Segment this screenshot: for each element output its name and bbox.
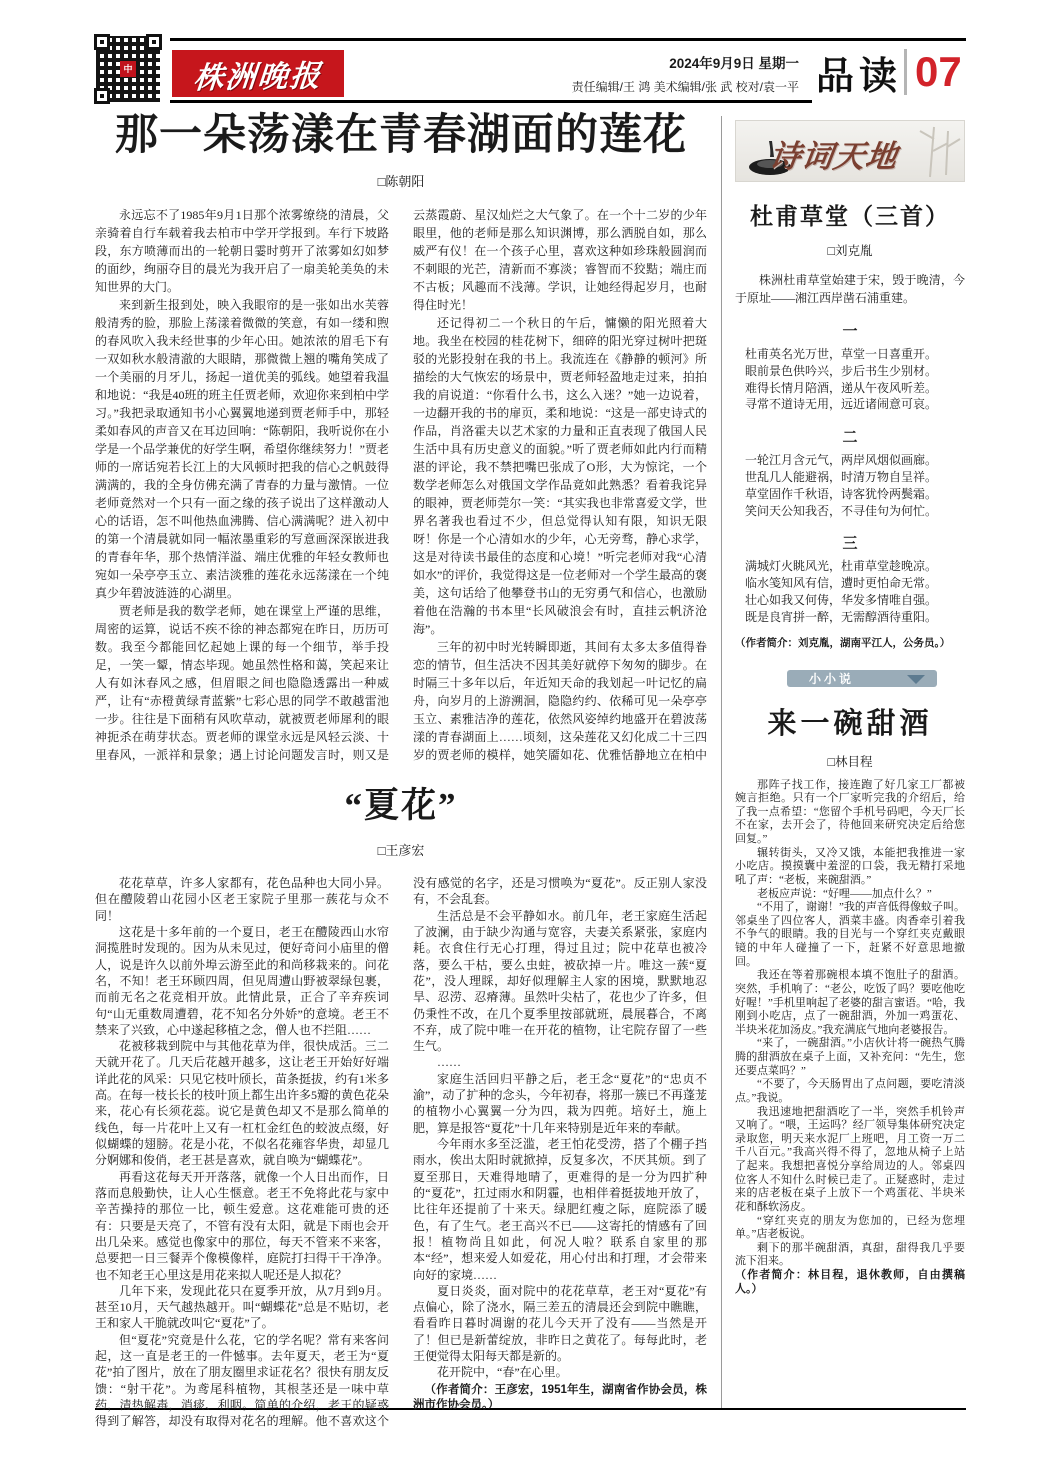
paragraph: 世乱几人能避祸，时清万物自呈祥。 — [735, 469, 965, 486]
paragraph: 壮心如我又何俦，华发多情唯自强。 — [735, 592, 965, 609]
sidebar: 诗词天地 杜甫草堂（三首） □刘克胤 株洲杜甫草堂始建于宋，毁于晚清，今于原址—… — [735, 120, 965, 1408]
poem-lines: 满城灯火眺风光，杜甫草堂趁晚凉。临水笺知风有信，遭时更怕命无常。壮心如我又何俦，… — [735, 558, 965, 625]
story-body: 那阵子找工作，接连跑了好几家工厂都被婉言拒绝。只有一个厂家听完我的介绍后，给了我… — [735, 779, 965, 1297]
paragraph: 满城灯火眺风光，杜甫草堂趁晚凉。 — [735, 558, 965, 575]
article-author: □陈朝阳 — [95, 171, 707, 190]
paragraph: 草堂固作千秋语，诗客犹怜两鬓霜。 — [735, 486, 965, 503]
paragraph: 生活总是不会平静如水。前几年，老王家庭生活起了波澜，由于缺少沟通与宽容，夫妻关系… — [413, 908, 707, 1055]
paragraph: “不要了，今天肠胃出了点问题，要吃清淡点。”我说。 — [735, 1078, 965, 1105]
poem-group-title: 杜甫草堂（三首） — [735, 198, 965, 231]
poem-1: 一 杜甫英名光万世，草堂一日喜重开。眼前景色供吟兴，步后书生少别材。难得长情月陪… — [735, 320, 965, 413]
masthead-logo: 株洲晚报 — [172, 50, 344, 97]
qr-finder-icon — [94, 88, 110, 104]
editors-line: 责任编辑/王 鸿 美术编辑/张 武 校对/袁一平 — [469, 78, 799, 95]
paragraph: “穿红夹克的朋友为您加的，已经为您埋单。”店老板说。 — [735, 1215, 965, 1242]
article-summer-flower: “夏花” □王彦宏 花花草草，许多人家都有，花色品种也大同小异。但在醴陵碧山花园… — [95, 778, 707, 1431]
masthead-title: 株洲晚报 — [192, 50, 324, 96]
poet-name: □刘克胤 — [735, 241, 965, 259]
paragraph: 还记得初二一个秋日的午后，慵懒的阳光照着大地。我坐在校园的桂花树下，细碎的阳光穿… — [413, 314, 707, 638]
paragraph: 那阵子找工作，接连跑了好几家工厂都被婉言拒绝。只有一个厂家听完我的介绍后，给了我… — [735, 779, 965, 847]
paragraph: 难得长情月陪酒，递从午夜风听差。 — [735, 380, 965, 397]
header-rule-top — [170, 38, 966, 41]
poem-lines: 杜甫英名光万世，草堂一日喜重开。眼前景色供吟兴，步后书生少别材。难得长情月陪酒，… — [735, 346, 965, 413]
paragraph: 寻常不道诗无用，远近诸闹意可哀。 — [735, 396, 965, 413]
paragraph: 夏日炎炎，面对院中的花花草草，老王对“夏花”有点偏心，除了浇水，隔三差五的清晨还… — [413, 1283, 707, 1365]
page-number: 07 — [915, 48, 962, 96]
article-title: “夏花” — [95, 778, 707, 828]
paragraph: 今年雨水多至泛滥，老王怕花受涝，搭了个棚子挡雨水，俟出太阳时就掀掉，反复多次，不… — [413, 1136, 707, 1283]
article-body: 花花草草，许多人家都有，花色品种也大同小异。但在醴陵碧山花园小区老王家院子里那一… — [95, 875, 707, 1431]
author-bio: （作者简介：王彦宏，1951年生，湖南省作协会员，株洲市作协会员。） — [413, 1383, 707, 1414]
paragraph: 花花草草，许多人家都有，花色品种也大同小异。但在醴陵碧山花园小区老王家院子里那一… — [95, 875, 389, 924]
qr-finder-icon — [94, 34, 110, 50]
paragraph: 来到新生报到处，映入我眼帘的是一张如出水芙蓉般清秀的脸，那脸上荡漾着微微的笑意，… — [95, 296, 389, 602]
poet-bio: （作者简介：刘克胤，湖南平江人，公务员。） — [735, 635, 965, 650]
paragraph: 临水笺知风有信，遭时更怕命无常。 — [735, 575, 965, 592]
article-title: 那一朵荡漾在青春湖面的莲花 — [95, 112, 707, 159]
column-divider — [721, 116, 722, 1408]
qr-code: 中 — [96, 36, 160, 102]
header-rule-bottom — [170, 100, 812, 103]
poem-number: 三 — [735, 532, 965, 553]
story-tag-label: 小小说 — [787, 672, 854, 686]
paragraph: 剩下的那半碗甜酒，真甜，甜得我几乎要流下泪来。 — [735, 1242, 965, 1269]
paragraph: 既是良宵拼一醉，无需醇酒待重阳。 — [735, 609, 965, 626]
story-author: □林目程 — [735, 752, 965, 770]
newspaper-page: 中 株洲晚报 2024年9月9日 星期一 责任编辑/王 鸿 美术编辑/张 武 校… — [0, 0, 1039, 1459]
paragraph: 永远忘不了1985年9月1日那个浓雾缭绕的清晨，父亲骑着自行车载着我去柏市中学开… — [95, 206, 389, 296]
paragraph: “不用了，谢谢！”我的声音低得像蚊子叫。邻桌坐了四位客人，酒菜丰盛。肉香牵引着我… — [735, 901, 965, 969]
article-author: □王彦宏 — [95, 840, 707, 859]
paragraph: 我迅速地把甜酒吃了一半，突然手机铃声又响了。“喂，王运吗？经厂领导集体研究决定录… — [735, 1106, 965, 1215]
paragraph: 再看这花每天开开落落，就像一个人日出而作，日落而息般勤快，让人心生惬意。老王不免… — [95, 1169, 389, 1283]
poem-intro: 株洲杜甫草堂始建于宋，毁于晚清，今于原址——湘江西岸凿石浦重建。 — [735, 271, 965, 307]
paragraph: 我还在等着那碗根本填不饱肚子的甜酒。突然，手机响了：“老公，吃饭了吗？要吃他吃好… — [735, 969, 965, 1037]
section-divider — [904, 49, 907, 95]
paragraph: 花被移栽到院中与其他花草为伴，很快成活。三二天就开花了。几天后花越开越多，这让老… — [95, 1038, 389, 1169]
paragraph: “来了，一碗甜酒。”小店伙计将一碗热气腾腾的甜酒放在桌子上面，又补充问：“先生，… — [735, 1037, 965, 1078]
date-line: 2024年9月9日 星期一 — [469, 52, 799, 72]
paragraph: 杜甫英名光万世，草堂一日喜重开。 — [735, 346, 965, 363]
poetry-banner-title: 诗词天地 — [767, 131, 901, 176]
paragraph: 花开院中，“春”在心里。 — [413, 1364, 707, 1380]
poem-3: 三 满城灯火眺风光，杜甫草堂趁晚凉。临水笺知风有信，遭时更怕命无常。壮心如我又何… — [735, 532, 965, 625]
poem-number: 一 — [735, 320, 965, 341]
section-name: 品读 — [816, 45, 902, 100]
paragraph: …… — [413, 1054, 707, 1070]
story-author-bio: （作者简介：林目程，退休教师，自由撰稿人。） — [735, 1269, 965, 1296]
poem-number: 二 — [735, 426, 965, 447]
paragraph: 辗转街头，又冷又饿，本能把我推进一家小吃店。摸摸囊中羞涩的口袋，我无精打采地吼了… — [735, 847, 965, 888]
poem-2: 二 一轮江月含元气，两岸风烟似画廊。世乱几人能避祸，时清万物自呈祥。草堂固作千秋… — [735, 426, 965, 519]
date-block: 2024年9月9日 星期一 责任编辑/王 鸿 美术编辑/张 武 校对/袁一平 — [469, 52, 799, 95]
section-block: 品读 07 — [816, 46, 966, 98]
paragraph: 几年下来，发现此花只在夏季开放，从7月到9月。甚至10月，天气越热越开。叫“蝴蝶… — [95, 1283, 389, 1332]
article-body: 永远忘不了1985年9月1日那个浓雾缭绕的清晨，父亲骑着自行车载着我去柏市中学开… — [95, 206, 707, 778]
article-lotus: 那一朵荡漾在青春湖面的莲花 □陈朝阳 永远忘不了1985年9月1日那个浓雾缭绕的… — [95, 112, 707, 778]
story-title: 来一碗甜酒 — [735, 701, 965, 742]
poem-lines: 一轮江月含元气，两岸风烟似画廊。世乱几人能避祸，时清万物自呈祥。草堂固作千秋语，… — [735, 452, 965, 519]
poetry-banner: 诗词天地 — [735, 120, 965, 182]
qr-logo-icon: 中 — [120, 61, 136, 77]
paragraph: 老板应声说：“好哩——加点什么？” — [735, 888, 965, 902]
paragraph: 家庭生活回归平静之后，老王念“夏花”的“忠贞不渝”，动了扩种的念头，今年初春，将… — [413, 1071, 707, 1136]
qr-finder-icon — [146, 34, 162, 50]
paragraph: 这花是十多年前的一个夏日，老王在醴陵西山水帘洞揽胜时发现的。因为从未见过，便好奇… — [95, 924, 389, 1038]
paragraph: 一轮江月含元气，两岸风烟似画廊。 — [735, 452, 965, 469]
bamboo-icon — [920, 127, 960, 177]
paragraph: 眼前景色供吟兴，步后书生少别材。 — [735, 363, 965, 380]
story-tag: 小小说 — [787, 670, 937, 687]
paragraph: 笑问天公知我否，不寻佳句为何忙。 — [735, 503, 965, 520]
triangle-down-icon — [907, 675, 925, 684]
